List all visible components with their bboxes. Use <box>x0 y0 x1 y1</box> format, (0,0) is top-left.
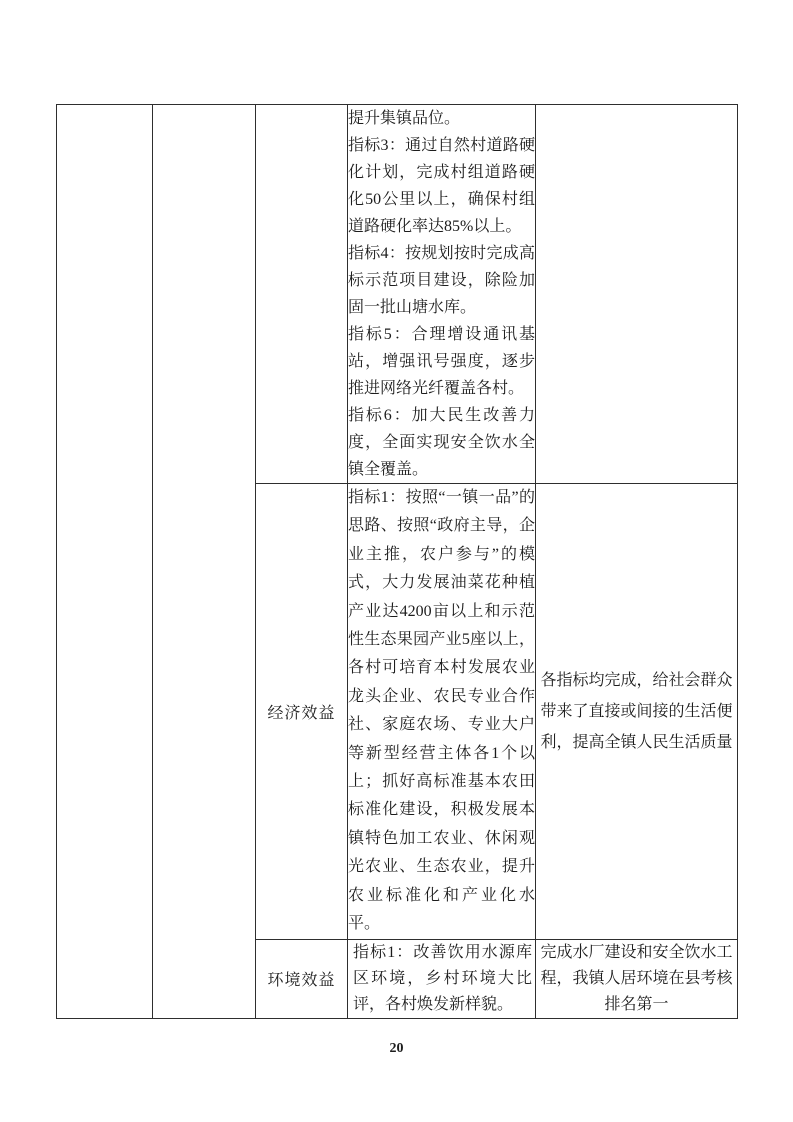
indicator-paragraph: 指标4：按规划按时完成高标示范项目建设，除险加固一批山塘水库。 <box>348 240 535 321</box>
result-cell: 各指标均完成，给社会群众带来了直接或间接的生活便利，提高全镇人民生活质量 <box>536 484 738 940</box>
indicator-paragraph: 指标1：按照“一镇一品”的思路、按照“政府主导，企业主推，农户参与”的模式，大力… <box>348 484 535 939</box>
merged-left-cell-2 <box>153 105 256 1019</box>
category-cell <box>256 105 348 484</box>
result-cell: 完成水厂建设和安全饮水工程，我镇人居环境在县考核排名第一 <box>536 939 738 1019</box>
indicators-cell: 提升集镇品位。 指标3：通过自然村道路硬化计划，完成村组道路硬化50公里以上，确… <box>348 105 536 484</box>
category-label: 环境效益 <box>267 972 335 989</box>
indicator-paragraph: 指标1：改善饮用水源库区环境，乡村环境大比评，各村焕发新样貌。 <box>353 940 532 1019</box>
benefit-indicators-table: 提升集镇品位。 指标3：通过自然村道路硬化计划，完成村组道路硬化50公里以上，确… <box>56 104 738 1019</box>
merged-left-cell-1 <box>57 105 153 1019</box>
page-number: 20 <box>0 1041 793 1057</box>
indicator-paragraph: 提升集镇品位。 <box>348 105 535 132</box>
indicators-cell: 指标1：改善饮用水源库区环境，乡村环境大比评，各村焕发新样貌。 <box>348 939 536 1019</box>
indicator-paragraph: 指标3：通过自然村道路硬化计划，完成村组道路硬化50公里以上，确保村组道路硬化率… <box>348 132 535 240</box>
result-cell <box>536 105 738 484</box>
document-page: 提升集镇品位。 指标3：通过自然村道路硬化计划，完成村组道路硬化50公里以上，确… <box>0 0 793 1122</box>
indicators-cell: 指标1：按照“一镇一品”的思路、按照“政府主导，企业主推，农户参与”的模式，大力… <box>348 484 536 940</box>
indicator-paragraph: 指标6：加大民生改善力度，全面实现安全饮水全镇全覆盖。 <box>348 402 535 483</box>
category-cell: 环境效益 <box>256 939 348 1019</box>
result-text: 完成水厂建设和安全饮水工程，我镇人居环境在县考核排名第一 <box>540 944 732 1014</box>
result-text: 各指标均完成，给社会群众带来了直接或间接的生活便利，提高全镇人民生活质量 <box>540 672 732 751</box>
table-row: 提升集镇品位。 指标3：通过自然村道路硬化计划，完成村组道路硬化50公里以上，确… <box>57 105 738 484</box>
category-cell: 经济效益 <box>256 484 348 940</box>
category-label: 经济效益 <box>267 705 335 722</box>
indicator-paragraph: 指标5：合理增设通讯基站，增强讯号强度，逐步推进网络光纤覆盖各村。 <box>348 321 535 402</box>
